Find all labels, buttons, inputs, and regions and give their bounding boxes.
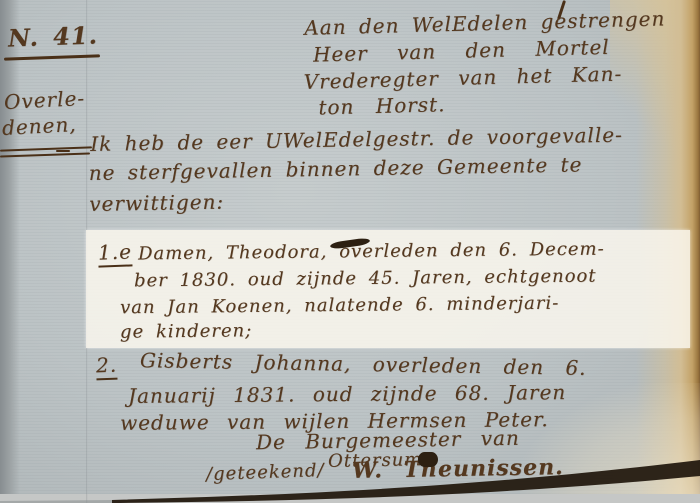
address-line: Vrederegter van het Kan- [303,62,622,94]
scan-left-edge [0,0,20,503]
margin-dash [56,150,70,152]
entry-line: ge kinderen; [120,320,252,342]
entry-number-text: 2. [96,353,118,381]
intro-line: ne sterfgevallen binnen deze Gemeente te [89,152,583,185]
address-line: ton Horst. [318,92,446,119]
intro-line: verwittigen: [89,190,224,216]
entry-line: Gisberts Johanna, overleden den 6. [140,348,587,380]
document-scan: N. 41. Overle- denen, Aan den WelEdelen … [0,0,700,503]
address-line: Heer van den Mortel [313,35,610,67]
margin-number: N. 41. [8,20,99,52]
entry-number: 1.e [98,239,133,264]
margin-note-line1: Overle- [3,86,85,114]
entry-line: Januarij 1831. oud zijnde 68. Jaren [128,380,566,408]
margin-note-line2: denen, [1,112,77,140]
intro-line: Ik heb de eer UWelEdelgestr. de voorgeva… [90,123,623,156]
entry-number: 2. [96,353,118,378]
signature: W. Theunissen. [352,454,564,484]
signature-ink-blot [418,452,438,467]
scan-bottom-strip [0,494,700,503]
signed-prefix: /geteekend/ [206,460,325,485]
entry-number-text: 1.e [98,239,133,267]
